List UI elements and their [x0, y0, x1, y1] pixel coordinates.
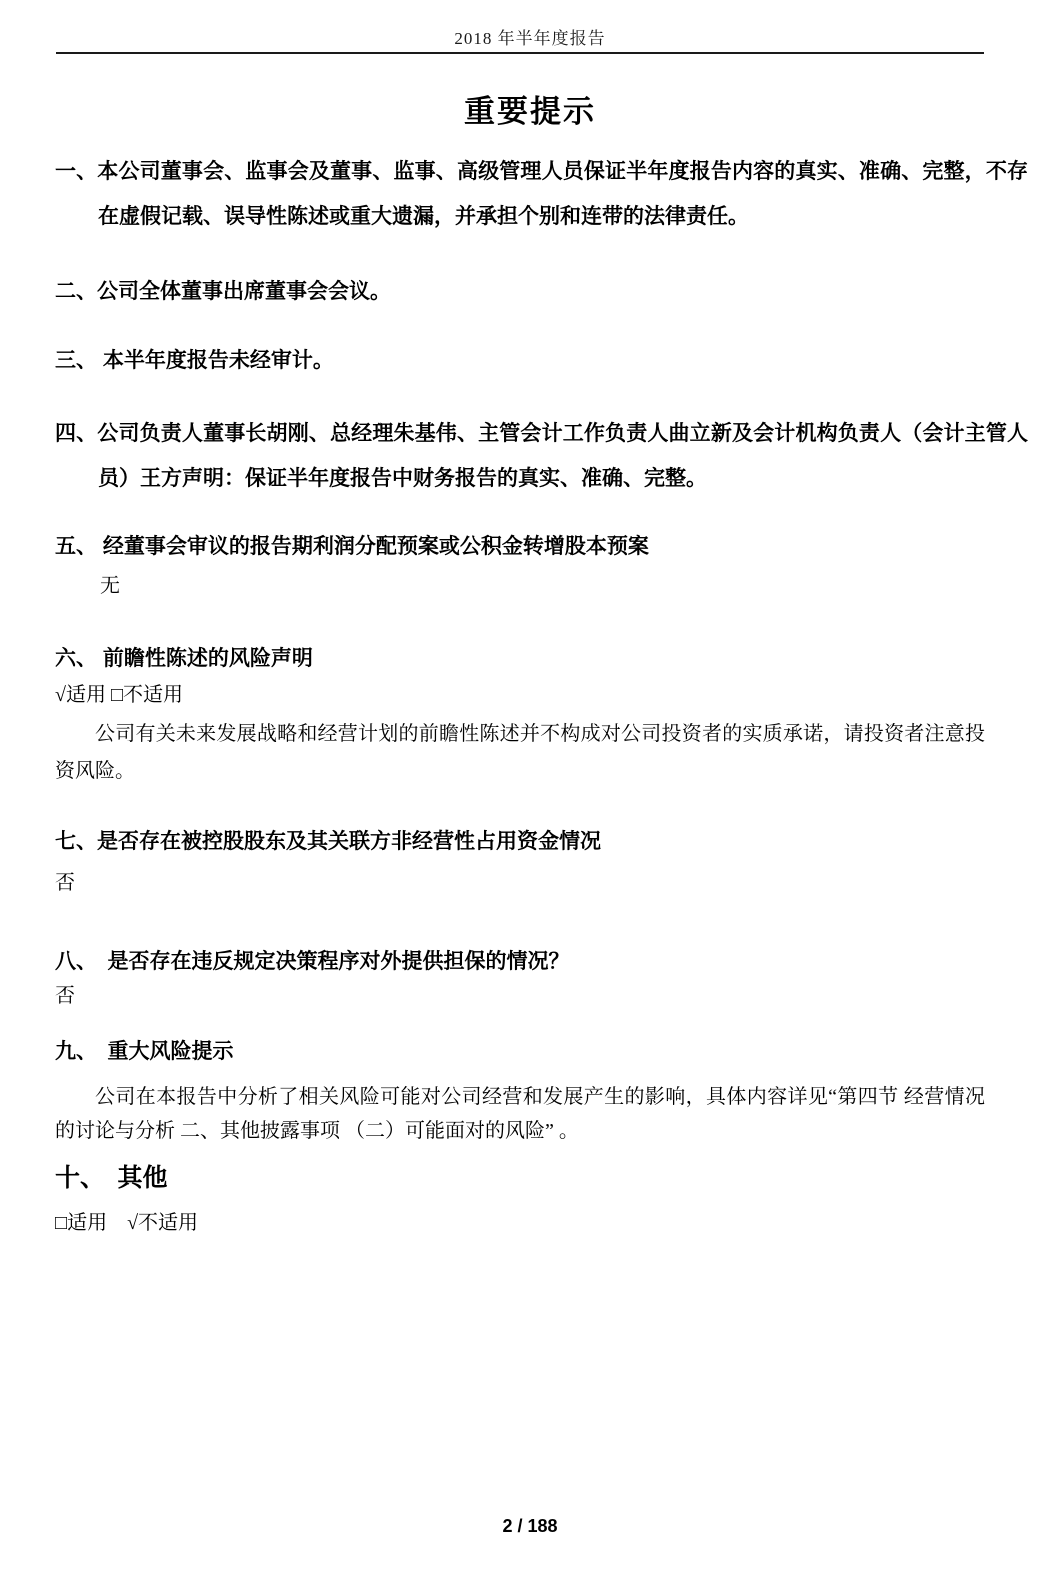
- section-1-heading: 一、本公司董事会、监事会及董事、监事、高级管理人员保证半年度报告内容的真实、准确…: [55, 149, 1028, 239]
- section-9-body: 公司在本报告中分析了相关风险可能对公司经营和发展产生的影响，具体内容详见“第四节…: [55, 1080, 985, 1148]
- section-6-applicability: √适用 □不适用: [55, 680, 985, 710]
- section-8-answer: 否: [55, 981, 985, 1011]
- section-5-heading: 五、 经董事会审议的报告期利润分配预案或公积金转增股本预案: [55, 524, 985, 569]
- report-header: 2018 年半年度报告: [0, 24, 1060, 49]
- section-6-heading: 六、 前瞻性陈述的风险声明: [55, 636, 985, 681]
- page-number: 2 / 188: [0, 1516, 1060, 1537]
- header-rule: [56, 52, 984, 54]
- section-4-heading: 四、公司负责人董事长胡刚、总经理朱基伟、主管会计工作负责人曲立新及会计机构负责人…: [55, 411, 1028, 501]
- section-3-heading: 三、 本半年度报告未经审计。: [55, 338, 985, 383]
- section-9-heading: 九、 重大风险提示: [55, 1029, 985, 1074]
- document-page: 2018 年半年度报告 重要提示 一、本公司董事会、监事会及董事、监事、高级管理…: [0, 0, 1060, 1588]
- section-6-body: 公司有关未来发展战略和经营计划的前瞻性陈述并不构成对公司投资者的实质承诺，请投资…: [55, 716, 985, 790]
- section-7-heading: 七、是否存在被控股股东及其关联方非经营性占用资金情况: [55, 819, 985, 864]
- section-7-answer: 否: [55, 868, 985, 898]
- section-10-heading: 十、 其他: [55, 1158, 985, 1198]
- section-2-heading: 二、公司全体董事出席董事会会议。: [55, 269, 985, 314]
- section-8-heading: 八、 是否存在违反规定决策程序对外提供担保的情况？: [55, 939, 985, 984]
- section-10-applicability: □适用 √不适用: [55, 1208, 985, 1238]
- section-5-answer: 无: [55, 571, 1030, 601]
- page-title: 重要提示: [0, 86, 1060, 131]
